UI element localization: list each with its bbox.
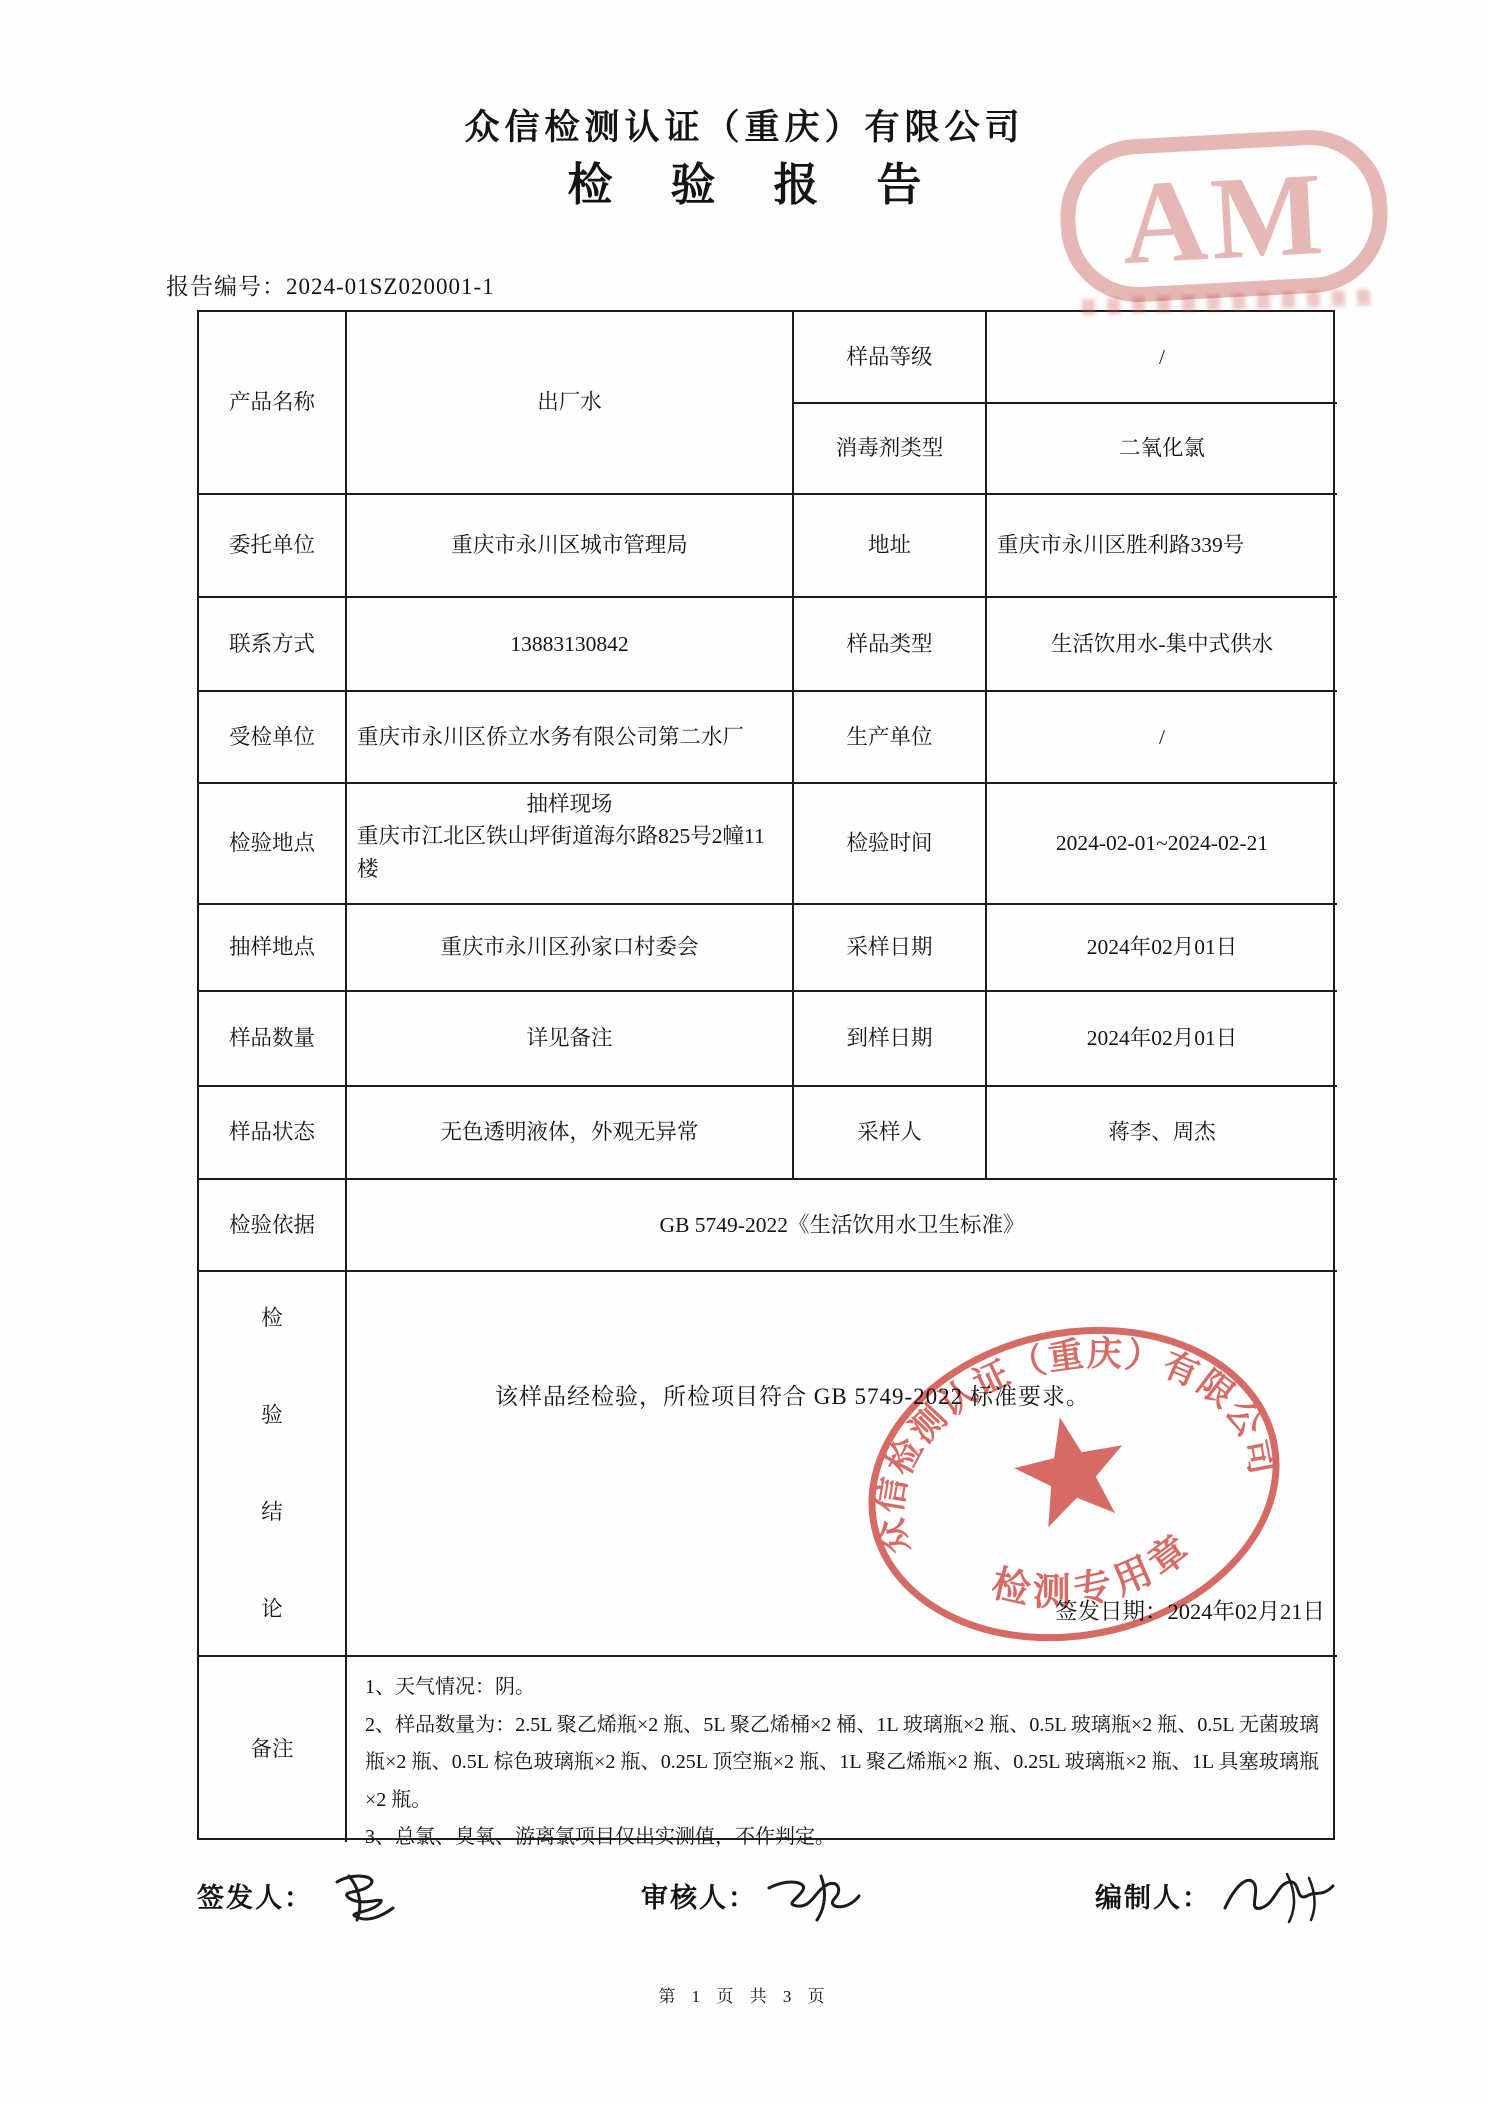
report-title: 检验报告 — [0, 148, 1489, 213]
remark-line: 3、总氯、臭氧、游离氯项目仅出实测值，不作判定。 — [365, 1819, 1319, 1857]
report-page: 众信检测认证（重庆）有限公司 检验报告 报告编号：2024-01SZ020001… — [0, 0, 1489, 2106]
field-label: 样品数量 — [199, 992, 347, 1087]
field-value: 2024年02月01日 — [987, 992, 1337, 1087]
field-label: 生产单位 — [794, 692, 987, 784]
field-label: 产品名称 — [199, 312, 347, 495]
field-label: 受检单位 — [199, 692, 347, 784]
field-label: 样品状态 — [199, 1087, 347, 1180]
field-label: 样品类型 — [794, 598, 987, 692]
issuer-signature — [319, 1868, 429, 1926]
field-value: GB 5749-2022《生活饮用水卫生标准》 — [347, 1180, 1337, 1272]
preparer-signature-group: 编制人： — [1095, 1868, 1347, 1926]
report-number-value: 2024-01SZ020001-1 — [286, 274, 495, 299]
field-value: / — [987, 312, 1337, 404]
conclusion-label: 检 验 结 论 — [199, 1272, 347, 1657]
field-value: 生活饮用水-集中式供水 — [987, 598, 1337, 692]
conclusion-text: 该样品经检验，所检项目符合 GB 5749-2022 标准要求。 — [495, 1380, 1090, 1415]
field-value: 详见备注 — [347, 992, 794, 1087]
signature-row: 签发人： 审核人： 编制人： — [197, 1868, 1347, 1926]
field-value: 无色透明液体，外观无异常 — [347, 1087, 794, 1180]
field-label: 采样人 — [794, 1087, 987, 1180]
field-label: 检验依据 — [199, 1180, 347, 1272]
inspection-place-line2: 重庆市江北区铁山坪街道海尔路825号2幢11楼 — [357, 820, 782, 885]
field-value: 13883130842 — [347, 598, 794, 692]
field-value: 2024-02-01~2024-02-21 — [987, 784, 1337, 905]
field-value: 重庆市永川区孙家口村委会 — [347, 905, 794, 992]
field-value: / — [987, 692, 1337, 784]
report-number-label: 报告编号： — [166, 274, 286, 299]
issuer-signature-group: 签发人： — [197, 1868, 429, 1926]
field-label: 地址 — [794, 495, 987, 598]
field-value: 2024年02月01日 — [987, 905, 1337, 992]
field-value: 重庆市永川区侨立水务有限公司第二水厂 — [347, 692, 794, 784]
field-value: 蒋李、周杰 — [987, 1087, 1337, 1180]
inspection-place-line1: 抽样现场 — [357, 788, 782, 820]
field-label: 消毒剂类型 — [794, 404, 987, 495]
field-label: 检验时间 — [794, 784, 987, 905]
preparer-label: 编制人： — [1095, 1868, 1211, 1915]
field-label: 联系方式 — [199, 598, 347, 692]
report-table: 产品名称 出厂水 样品等级 / 消毒剂类型 二氧化氯 委托单位 重庆市永川区城市… — [197, 310, 1335, 1840]
field-label: 委托单位 — [199, 495, 347, 598]
issuer-label: 签发人： — [197, 1868, 313, 1915]
field-label: 采样日期 — [794, 905, 987, 992]
field-label: 到样日期 — [794, 992, 987, 1087]
page-footer: 第 1 页 共 3 页 — [0, 1982, 1489, 2007]
remark-cell: 1、天气情况：阴。 2、样品数量为：2.5L 聚乙烯瓶×2 瓶、5L 聚乙烯桶×… — [347, 1657, 1337, 1842]
remark-line: 2、样品数量为：2.5L 聚乙烯瓶×2 瓶、5L 聚乙烯桶×2 桶、1L 玻璃瓶… — [365, 1707, 1319, 1820]
company-title: 众信检测认证（重庆）有限公司 — [0, 100, 1489, 150]
remark-label: 备注 — [199, 1657, 347, 1842]
preparer-signature — [1217, 1868, 1347, 1926]
field-value: 出厂水 — [347, 312, 794, 495]
field-value: 抽样现场 重庆市江北区铁山坪街道海尔路825号2幢11楼 — [347, 784, 794, 905]
field-value: 重庆市永川区胜利路339号 — [987, 495, 1337, 598]
reviewer-label: 审核人： — [641, 1868, 757, 1915]
field-value: 二氧化氯 — [987, 404, 1337, 495]
conclusion-cell: 该样品经检验，所检项目符合 GB 5749-2022 标准要求。 签发日期：20… — [347, 1272, 1337, 1657]
field-label: 抽样地点 — [199, 905, 347, 992]
remark-line: 1、天气情况：阴。 — [365, 1669, 1319, 1707]
reviewer-signature — [763, 1868, 883, 1926]
reviewer-signature-group: 审核人： — [641, 1868, 883, 1926]
issue-date: 签发日期：2024年02月21日 — [1055, 1595, 1325, 1629]
field-label: 样品等级 — [794, 312, 987, 404]
field-value: 重庆市永川区城市管理局 — [347, 495, 794, 598]
report-number: 报告编号：2024-01SZ020001-1 — [166, 268, 495, 301]
field-label: 检验地点 — [199, 784, 347, 905]
